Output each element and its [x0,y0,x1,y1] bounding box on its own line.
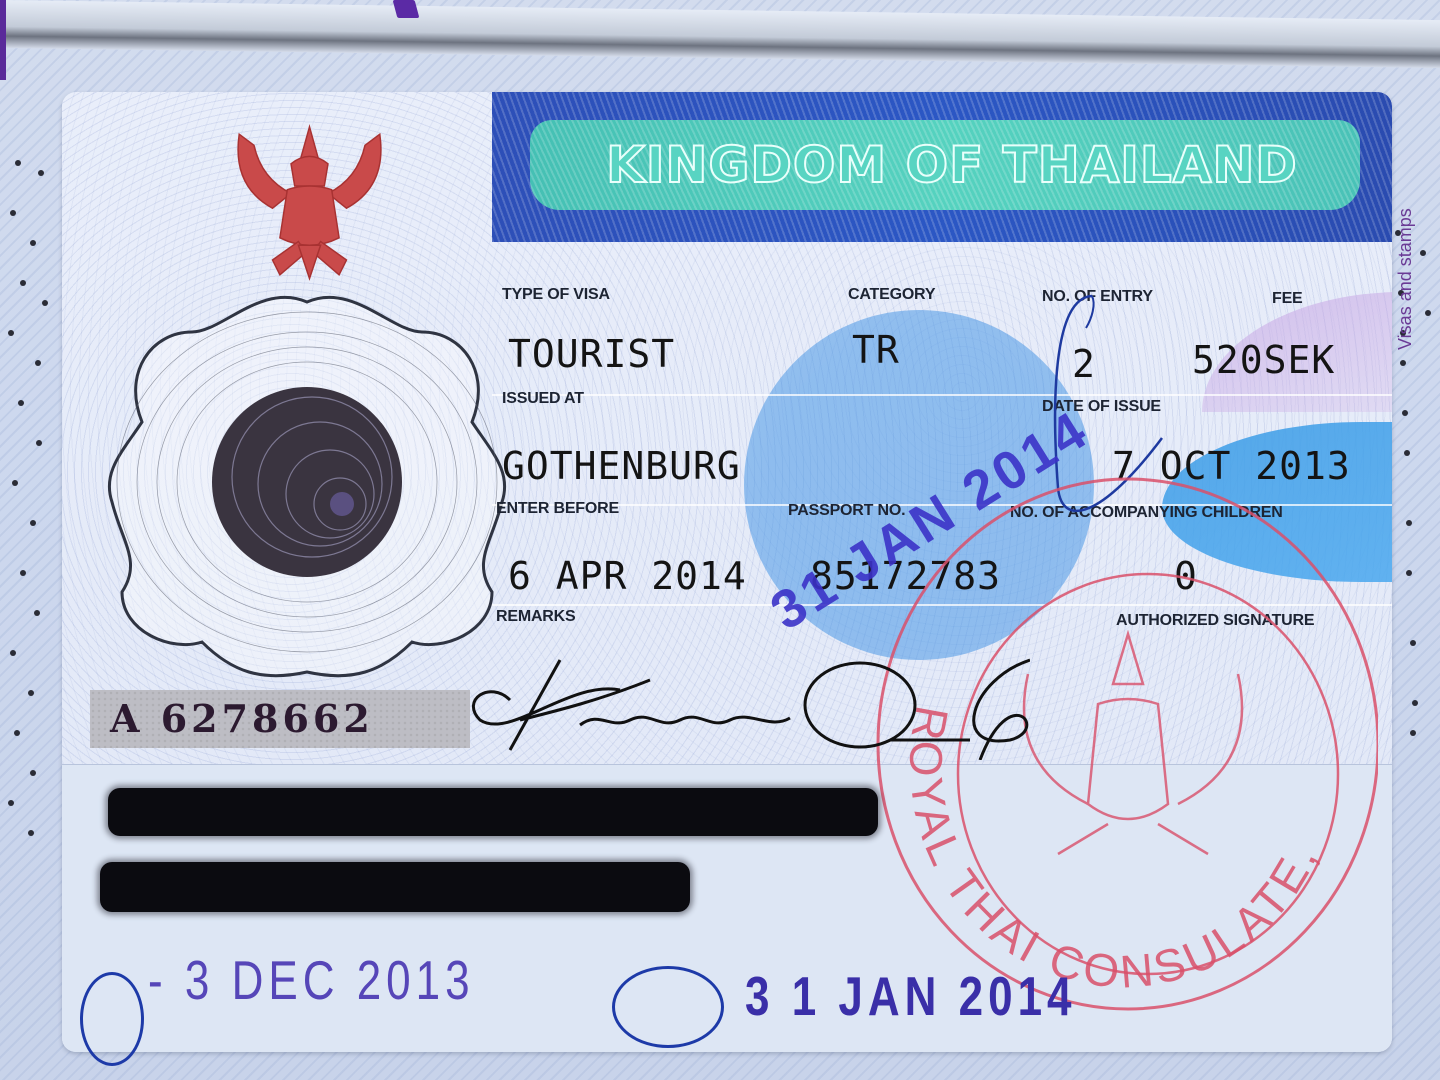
value-type-of-visa: TOURIST [508,332,675,376]
entry-stamp-1-date: - 3 DEC 2013 [148,950,475,1013]
garuda-emblem-icon [217,112,402,297]
visa-header-title: KINGDOM OF THAILAND [552,136,1352,194]
security-rosette [92,272,522,692]
label-remarks: REMARKS [496,608,576,626]
entry-marker-1 [80,972,144,1066]
redaction-bar [100,862,690,912]
entry-marker-2 [612,966,724,1048]
value-fee: 520SEK [1192,338,1335,382]
label-enter-before: ENTER BEFORE [496,500,619,518]
field-rule [492,394,1392,396]
purple-page-edge [0,0,6,80]
value-issued-at: GOTHENBURG [502,444,741,488]
purple-ink-mark [393,0,420,18]
value-category: TR [852,328,900,372]
redaction-bar [108,788,878,836]
label-issued-at: ISSUED AT [502,390,584,408]
authorized-signature-ink [450,640,1030,760]
value-enter-before: 6 APR 2014 [508,554,747,598]
label-fee: FEE [1272,290,1303,308]
passport-page-label: Visas and stamps [1395,208,1416,350]
entry-stamp-2-date: 3 1 JAN 2014 [745,966,1077,1029]
label-category: CATEGORY [848,286,935,304]
label-type-of-visa: TYPE OF VISA [502,286,610,304]
document-number: A 6278662 [110,696,374,741]
